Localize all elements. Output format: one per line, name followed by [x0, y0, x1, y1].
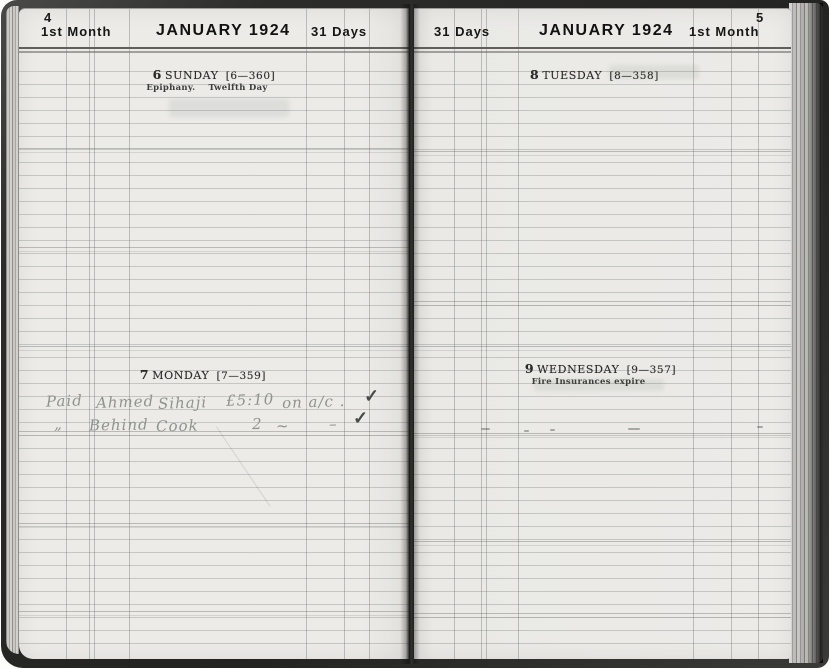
day-number: 7 — [140, 367, 149, 382]
entry-monday: 7MONDAY [7—359] — [0, 367, 409, 382]
day-heading: 9WEDNESDAY [9—357] — [410, 361, 791, 376]
ink-showthrough — [757, 426, 763, 428]
day-number: 9 — [525, 361, 534, 376]
column-rule — [731, 9, 732, 659]
rule-line — [19, 611, 409, 612]
ditto-mark: „ — [54, 415, 63, 433]
column-rule — [129, 9, 130, 659]
column-rule — [94, 9, 95, 659]
month-title: JANUARY 1924 — [539, 22, 674, 40]
column-rule — [369, 9, 370, 659]
ink-showthrough — [609, 65, 699, 79]
diary-scan: 4 1st Month JANUARY 1924 31 Days 6SUNDAY… — [0, 0, 830, 669]
rule-line — [19, 346, 409, 347]
handwritten-amount: 2 — [252, 415, 263, 433]
column-rule — [481, 9, 482, 659]
handwritten-word: Cook — [156, 417, 199, 436]
rule-line — [19, 247, 409, 248]
left-page-stack-edge — [6, 6, 19, 654]
day-of-year-ref: [9—357] — [627, 364, 677, 376]
entry-sunday: 6SUNDAY [6—360] Epiphany. Twelfth Day — [19, 67, 409, 93]
day-number: 6 — [153, 67, 162, 82]
paper-crease — [216, 426, 271, 506]
month-ordinal-label: 1st Month — [689, 24, 759, 39]
header-rule — [414, 47, 791, 49]
rule-line — [19, 148, 409, 149]
column-rule — [344, 9, 345, 659]
column-rule — [758, 9, 759, 659]
rule-line — [414, 301, 791, 302]
day-heading: 8TUESDAY [8—358] — [398, 67, 791, 82]
day-name: WEDNESDAY — [537, 363, 619, 376]
ditto-mark: – — [329, 415, 338, 433]
day-heading: 7MONDAY [7—359] — [0, 367, 409, 382]
column-rule — [454, 9, 455, 659]
handwritten-word: Ahmed — [96, 392, 155, 412]
right-page: 31 Days JANUARY 1924 1st Month 5 8TUESDA… — [414, 8, 791, 659]
day-note: Epiphany. Twelfth Day — [5, 83, 409, 93]
ink-showthrough — [481, 428, 490, 430]
column-rule — [89, 9, 90, 659]
column-rule — [518, 9, 519, 659]
day-of-year-ref: [7—359] — [216, 370, 266, 382]
day-number: 8 — [530, 67, 539, 82]
day-name: MONDAY — [152, 369, 209, 382]
rule-line — [414, 541, 791, 542]
column-rule — [306, 9, 307, 659]
ink-showthrough — [169, 99, 289, 117]
page-number: 4 — [44, 10, 52, 25]
rule-line — [19, 431, 409, 432]
diary-book: 4 1st Month JANUARY 1924 31 Days 6SUNDAY… — [1, 0, 829, 668]
ditto-mark: ~ — [276, 417, 290, 435]
ink-showthrough — [628, 428, 640, 430]
ink-showthrough — [524, 430, 529, 432]
checkmark: ✓ — [364, 386, 381, 408]
month-title: JANUARY 1924 — [156, 22, 291, 40]
day-name: TUESDAY — [542, 69, 602, 82]
handwritten-amount: £5:10 — [226, 390, 275, 410]
right-page-stack-edge — [789, 3, 823, 663]
handwritten-word: on a/c . — [282, 392, 346, 412]
day-name: SUNDAY — [165, 69, 219, 82]
rule-line — [414, 433, 791, 434]
rule-line — [414, 613, 791, 614]
days-count-label: 31 Days — [434, 24, 490, 39]
handwritten-word: Sihaji — [158, 393, 208, 413]
rule-line — [414, 151, 791, 152]
header-rule — [19, 47, 409, 49]
ink-showthrough — [550, 429, 555, 431]
ruled-lines — [414, 59, 791, 651]
left-page: 4 1st Month JANUARY 1924 31 Days 6SUNDAY… — [19, 8, 409, 659]
days-count-label: 31 Days — [311, 24, 367, 39]
entry-tuesday: 8TUESDAY [8—358] — [398, 67, 791, 82]
ruled-lines — [19, 59, 409, 651]
column-rule — [693, 9, 694, 659]
handwritten-word: Behind — [89, 415, 149, 434]
column-rule — [486, 9, 487, 659]
day-of-year-ref: [6—360] — [226, 70, 276, 82]
rule-line — [414, 346, 791, 347]
day-heading: 6SUNDAY [6—360] — [19, 67, 409, 82]
column-rule — [66, 9, 67, 659]
checkmark: ✓ — [353, 408, 369, 429]
month-ordinal-label: 1st Month — [41, 24, 111, 39]
rule-line — [19, 523, 409, 524]
handwritten-word: Paid — [46, 391, 83, 410]
page-number: 5 — [756, 10, 764, 25]
ink-showthrough — [534, 379, 664, 391]
